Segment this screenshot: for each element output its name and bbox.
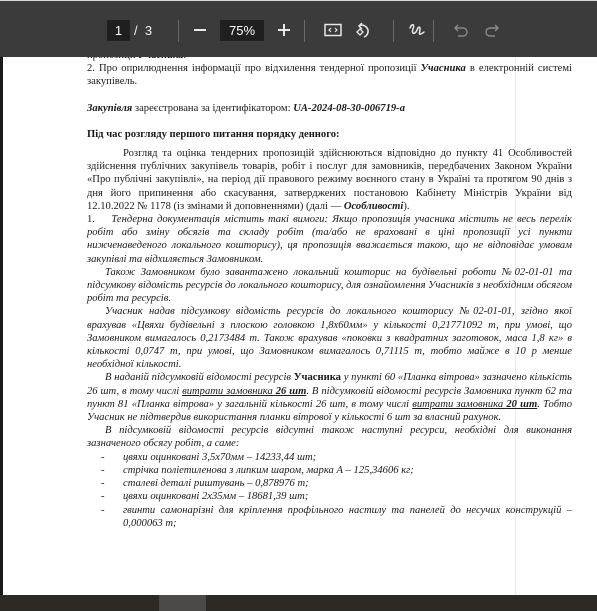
list-item: сталеві деталі риштувань – 0,878976 т;	[87, 477, 572, 490]
list-item: цвяхи оцинковані 3,5х70мм – 14233,44 шт;	[87, 451, 572, 464]
missing-resources-list: цвяхи оцинковані 3,5х70мм – 14233,44 шт;…	[87, 451, 572, 530]
zoom-out-button[interactable]	[188, 18, 212, 42]
minus-icon	[193, 23, 207, 37]
total-pages: 3	[145, 23, 152, 38]
horizontal-scrollbar-thumb[interactable]	[159, 595, 206, 611]
paragraph-missing-resources: В підсумковій відомості ресурсів відсутн…	[87, 424, 572, 450]
paragraph-estimate-uploaded: Також Замовником було завантажено локаль…	[87, 266, 572, 306]
list-item: гвинти самонарізні для кріплення профіль…	[87, 504, 572, 530]
toolbar-divider	[304, 20, 305, 42]
requirement-1: 1. Тендерна документація містить такі ви…	[87, 213, 572, 266]
fit-page-button[interactable]	[321, 18, 345, 42]
toolbar-divider	[178, 20, 179, 42]
draw-icon	[408, 21, 426, 39]
plus-icon	[277, 23, 291, 37]
undo-button[interactable]	[449, 18, 473, 42]
zoom-level-input[interactable]: 75%	[220, 20, 264, 41]
page-separator: /	[134, 23, 138, 38]
rotate-icon	[354, 20, 374, 40]
paragraph-wind-plank: В наданій підсумковій відомості ресурсів…	[87, 371, 572, 424]
pdf-page: пропозиції Учасника. 2. Про оприлюднення…	[3, 57, 597, 595]
list-item: цвяхи оцинковані 2х35мм – 18681,39 шт;	[87, 490, 572, 503]
page-number-input[interactable]: 1	[107, 20, 130, 41]
procurement-id-line: Закупівля зареєстрована за ідентифікатор…	[87, 102, 572, 115]
horizontal-scrollbar[interactable]	[0, 595, 597, 611]
list-item: стрічка поліетиленова з липким шаром, ма…	[87, 464, 572, 477]
document-body: пропозиції Учасника. 2. Про оприлюднення…	[87, 57, 572, 530]
procurement-id: UA-2024-08-30-006719-a	[293, 103, 405, 114]
agenda-item-2: 2. Про оприлюднення інформації про відхи…	[87, 62, 572, 88]
rotate-button[interactable]	[352, 18, 376, 42]
page-count: / 3	[134, 20, 152, 41]
agenda-heading: Під час розгляду першого питання порядку…	[87, 128, 572, 141]
toolbar-divider	[433, 20, 434, 42]
paragraph-legal-basis: Розгляд та оцінка тендерних пропозицій з…	[87, 147, 572, 213]
zoom-in-button[interactable]	[272, 18, 296, 42]
fit-to-page-icon	[324, 23, 342, 37]
toolbar-divider	[393, 20, 394, 42]
undo-icon	[453, 22, 469, 38]
pdf-toolbar: 1 / 3 75%	[0, 1, 597, 57]
draw-button[interactable]	[405, 18, 429, 42]
redo-button[interactable]	[480, 18, 504, 42]
paragraph-participant-resources: Учасник надав підсумкову відомість ресур…	[87, 305, 572, 371]
redo-icon	[484, 22, 500, 38]
